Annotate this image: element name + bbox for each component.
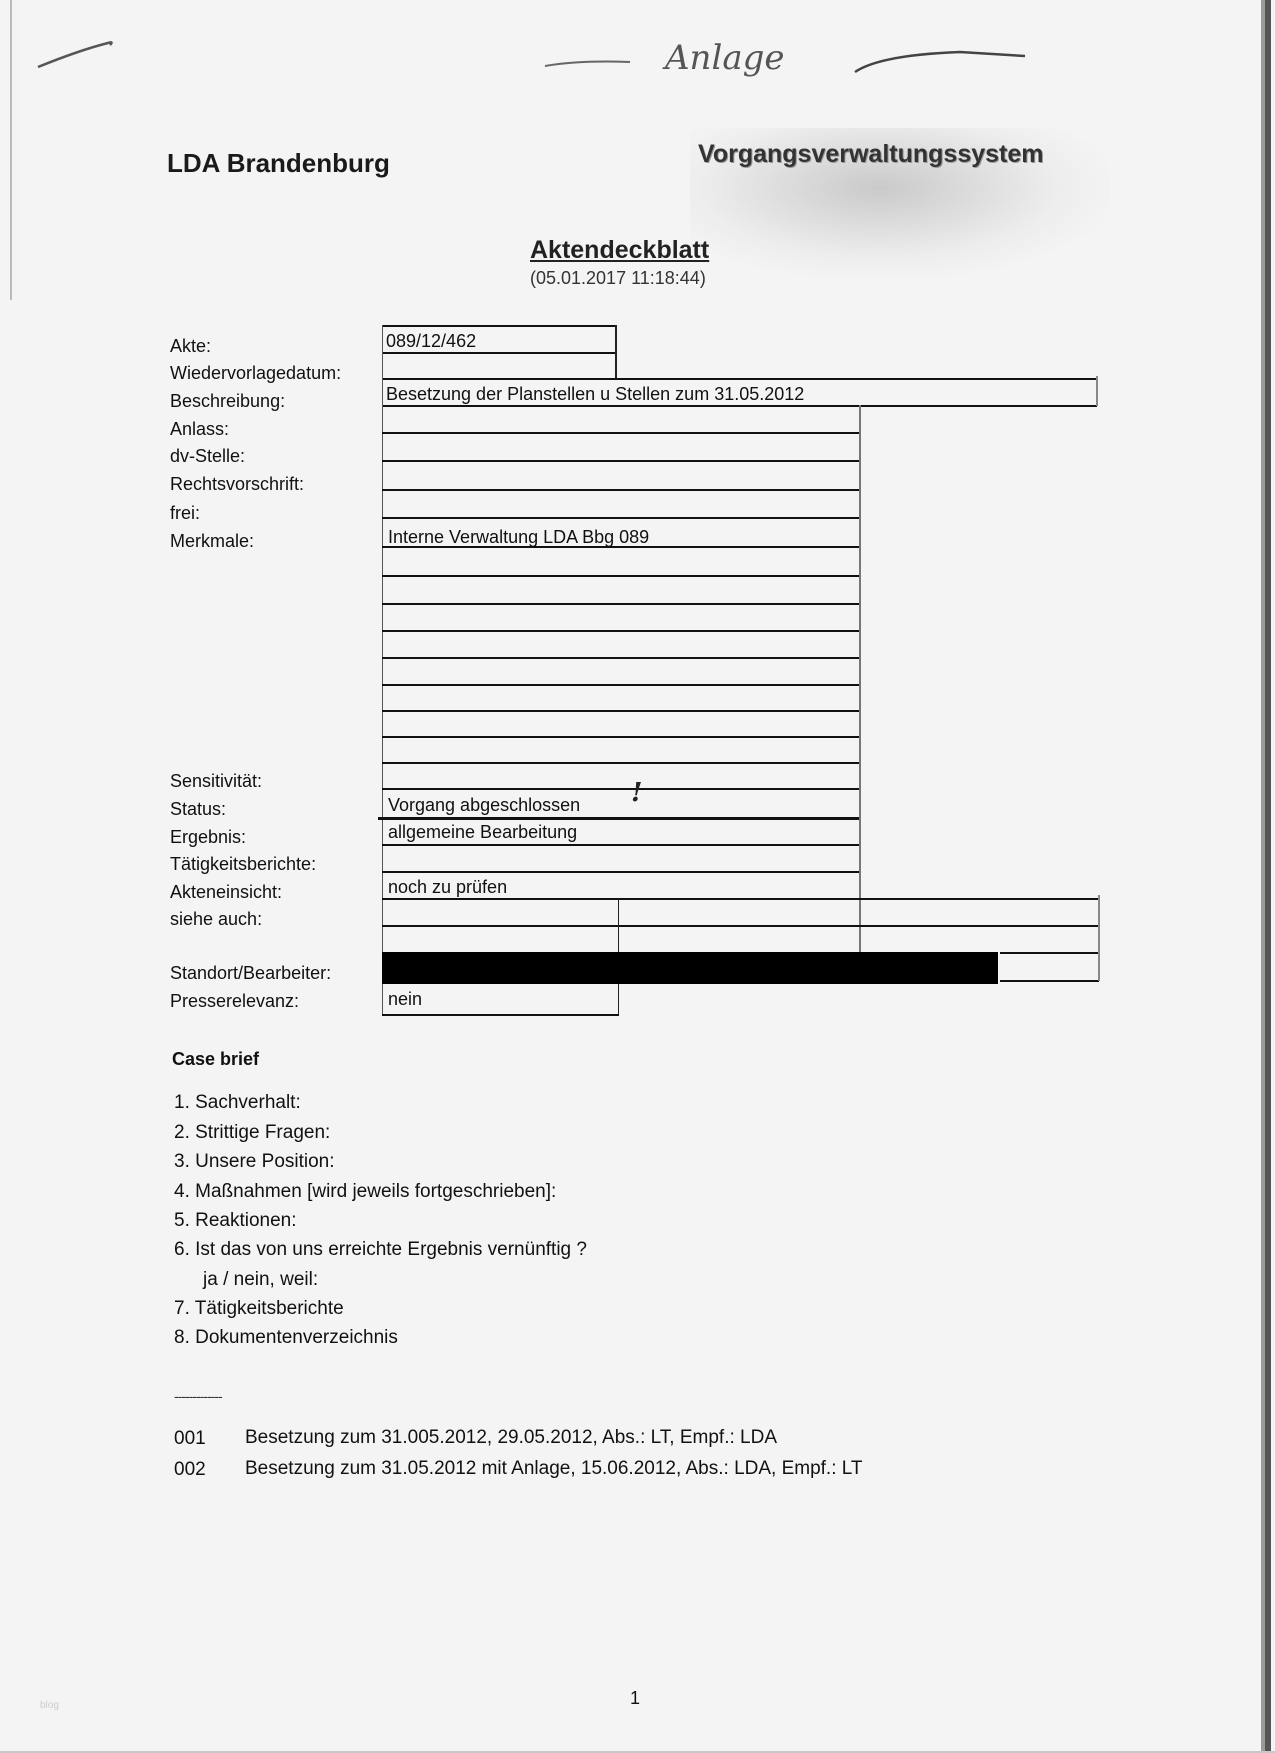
case-brief-item: 7. Tätigkeitsberichte xyxy=(174,1298,344,1320)
field-value-akte: 089/12/462 xyxy=(386,331,476,352)
field-label-siehe-auch: siehe auch: xyxy=(170,909,262,930)
document-entry-text: Besetzung zum 31.05.2012 mit Anlage, 15.… xyxy=(245,1458,863,1480)
redacted-standort-bearbeiter xyxy=(382,952,998,984)
field-label-akte: Akte: xyxy=(170,336,211,357)
field-label-frei: frei: xyxy=(170,503,200,524)
handwritten-anlage-strokes xyxy=(540,30,1040,90)
pen-stroke-mark xyxy=(30,35,120,75)
field-label-presserelevanz: Presserelevanz: xyxy=(170,991,299,1012)
field-label-akteneinsicht: Akteneinsicht: xyxy=(170,882,282,903)
watermark: blog xyxy=(40,1700,59,1711)
page-number: 1 xyxy=(630,1688,640,1709)
document-entry-number: 002 xyxy=(174,1459,206,1481)
separator: ------------- xyxy=(174,1388,222,1404)
scan-edge-left xyxy=(10,0,12,300)
system-name: Vorgangsverwaltungssystem xyxy=(698,140,1043,169)
field-label-ergebnis: Ergebnis: xyxy=(170,827,246,848)
field-value-status: Vorgang abgeschlossen xyxy=(388,795,580,816)
case-brief-item: 8. Dokumentenverzeichnis xyxy=(174,1327,398,1349)
field-label-standort-bearbeiter: Standort/Bearbeiter: xyxy=(170,963,331,984)
case-brief-item: 1. Sachverhalt: xyxy=(174,1092,301,1114)
field-value-ergebnis: allgemeine Bearbeitung xyxy=(388,822,577,843)
field-label-taetigkeitsberichte: Tätigkeitsberichte: xyxy=(170,854,316,875)
document-title: Aktendeckblatt xyxy=(530,236,709,265)
case-brief-item: 6. Ist das von uns erreichte Ergebnis ve… xyxy=(174,1239,587,1261)
handwritten-exclamation: ! xyxy=(631,778,642,808)
field-label-rechtsvorschrift: Rechtsvorschrift: xyxy=(170,474,304,495)
field-value-presserelevanz: nein xyxy=(388,989,422,1010)
field-label-merkmale: Merkmale: xyxy=(170,531,254,552)
field-label-status: Status: xyxy=(170,799,226,820)
case-brief-item: 3. Unsere Position: xyxy=(174,1151,335,1173)
field-label-dv-stelle: dv-Stelle: xyxy=(170,446,245,467)
field-label-anlass: Anlass: xyxy=(170,419,229,440)
document-entry-number: 001 xyxy=(174,1428,206,1450)
case-brief-heading: Case brief xyxy=(172,1049,259,1070)
field-value-merkmale: Interne Verwaltung LDA Bbg 089 xyxy=(388,527,649,548)
organization-name: LDA Brandenburg xyxy=(167,148,390,179)
field-value-akteneinsicht: noch zu prüfen xyxy=(388,877,507,898)
field-label-wiedervorlagedatum: Wiedervorlagedatum: xyxy=(170,363,341,384)
scan-edge-right-dark xyxy=(1265,0,1271,1753)
field-label-sensitivitaet: Sensitivität: xyxy=(170,771,262,792)
field-label-beschreibung: Beschreibung: xyxy=(170,391,285,412)
case-brief-item: 4. Maßnahmen [wird jeweils fortgeschrieb… xyxy=(174,1181,556,1203)
field-value-beschreibung: Besetzung der Planstellen u Stellen zum … xyxy=(386,384,804,405)
case-brief-item: 2. Strittige Fragen: xyxy=(174,1122,330,1144)
case-brief-item: 5. Reaktionen: xyxy=(174,1210,297,1232)
case-brief-subitem: ja / nein, weil: xyxy=(203,1269,318,1291)
handwritten-annotation: Anlage xyxy=(665,38,784,78)
document-timestamp: (05.01.2017 11:18:44) xyxy=(530,268,706,289)
document-entry-text: Besetzung zum 31.005.2012, 29.05.2012, A… xyxy=(245,1427,777,1449)
